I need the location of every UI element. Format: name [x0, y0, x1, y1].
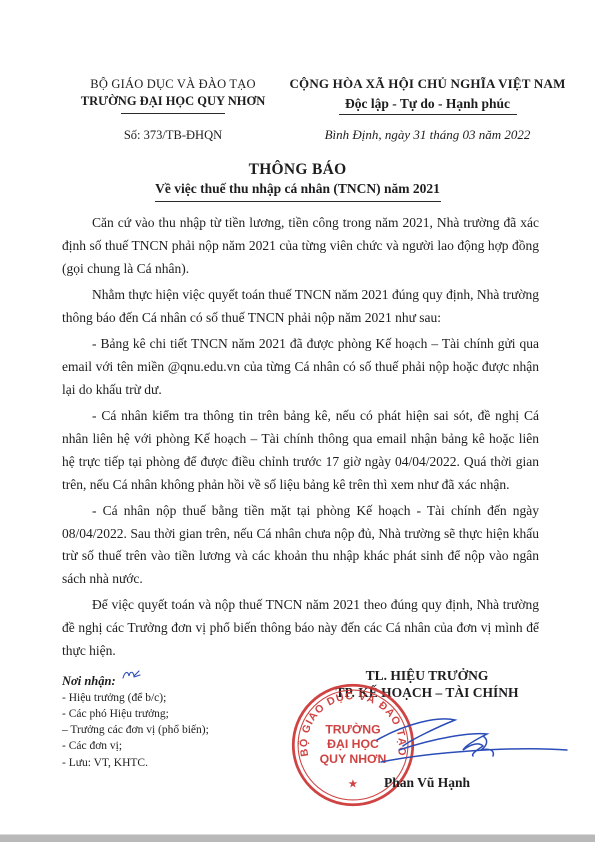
- recipient-item: – Trưởng các đơn vị (phổ biến);: [62, 722, 287, 738]
- handwritten-signature: [375, 700, 570, 782]
- paraph-mark: [121, 668, 141, 686]
- issuing-org-block: BỘ GIÁO DỤC VÀ ĐÀO TẠO TRƯỜNG ĐẠI HỌC QU…: [58, 76, 288, 144]
- national-header-block: CỘNG HÒA XÃ HỘI CHỦ NGHĨA VIỆT NAM Độc l…: [288, 76, 567, 144]
- paragraph: Căn cứ vào thu nhập từ tiền lương, tiền …: [62, 212, 539, 281]
- document-header: BỘ GIÁO DỤC VÀ ĐÀO TẠO TRƯỜNG ĐẠI HỌC QU…: [0, 0, 595, 144]
- dateline: Bình Định, ngày 31 tháng 03 năm 2022: [288, 127, 567, 144]
- signer-name: Phan Vũ Hạnh: [287, 775, 567, 791]
- underline-rule: [155, 201, 441, 202]
- paragraph: - Cá nhân kiểm tra thông tin trên bảng k…: [62, 405, 539, 497]
- page-bottom-strip: [0, 834, 595, 842]
- notice-subtitle: Về việc thuế thu nhập cá nhân (TNCN) năm…: [0, 181, 595, 197]
- doc-number: Số: 373/TB-ĐHQN: [58, 127, 288, 143]
- document-body: Căn cứ vào thu nhập từ tiền lương, tiền …: [62, 212, 539, 663]
- document-footer: Nơi nhận: - Hiệu trưởng (để b/c); - Các …: [0, 668, 595, 842]
- recipient-item: - Hiệu trưởng (để b/c);: [62, 690, 287, 706]
- recipients-label-row: Nơi nhận:: [62, 668, 287, 690]
- stamp-center-line1: TRƯỜNG: [325, 721, 380, 736]
- title-block: THÔNG BÁO Về việc thuế thu nhập cá nhân …: [0, 161, 595, 202]
- national-motto-line2: Độc lập - Tự do - Hạnh phúc: [288, 95, 567, 113]
- paragraph: - Cá nhân nộp thuế bằng tiền mặt tại phò…: [62, 500, 539, 592]
- national-motto-line1: CỘNG HÒA XÃ HỘI CHỦ NGHĨA VIỆT NAM: [288, 76, 567, 93]
- underline-rule: [121, 113, 225, 114]
- notice-title: THÔNG BÁO: [0, 161, 595, 179]
- recipient-item: - Lưu: VT, KHTC.: [62, 755, 287, 771]
- stamp-center-line2: ĐẠI HỌC: [327, 737, 379, 751]
- paragraph: - Bảng kê chi tiết TNCN năm 2021 đã được…: [62, 333, 539, 402]
- recipient-item: - Các đơn vị;: [62, 738, 287, 754]
- paragraph: Để việc quyết toán và nộp thuế TNCN năm …: [62, 594, 539, 663]
- org-parent: BỘ GIÁO DỤC VÀ ĐÀO TẠO: [58, 76, 288, 92]
- recipients-label: Nơi nhận:: [62, 674, 116, 688]
- paragraph: Nhằm thực hiện việc quyết toán thuế TNCN…: [62, 284, 539, 330]
- document-page: BỘ GIÁO DỤC VÀ ĐÀO TẠO TRƯỜNG ĐẠI HỌC QU…: [0, 0, 595, 842]
- underline-rule: [339, 114, 517, 115]
- signature-block: TL. HIỆU TRƯỞNG TP. KẾ HOẠCH – TÀI CHÍNH…: [287, 668, 567, 842]
- org-name: TRƯỜNG ĐẠI HỌC QUY NHƠN: [58, 93, 288, 109]
- recipients-block: Nơi nhận: - Hiệu trưởng (để b/c); - Các …: [62, 668, 287, 842]
- recipient-item: - Các phó Hiệu trưởng;: [62, 706, 287, 722]
